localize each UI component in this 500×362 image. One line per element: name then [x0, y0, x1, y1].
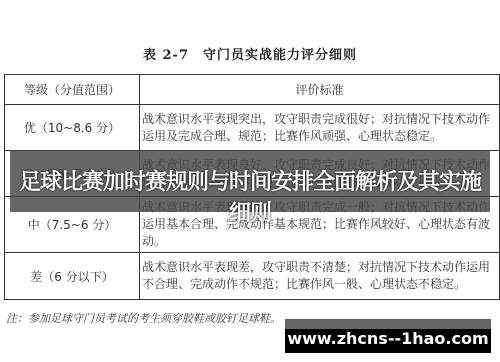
table-header-row: 等级（分值范围） 评价标准 [5, 75, 500, 105]
grade-cell: 差（6 分以下） [5, 253, 140, 300]
table-title: 表 2-7 守门员实战能力评分细则 [0, 44, 500, 63]
criteria-cell: 战术意识水平表现差，攻守职责不清楚；对抗情况下技术动作运用不合理、完成动作不规范… [140, 253, 500, 300]
table-row: 差（6 分以下） 战术意识水平表现差，攻守职责不清楚；对抗情况下技术动作运用不合… [5, 253, 500, 300]
watermark-text: www.zhcns--1hao.com [285, 329, 491, 349]
watermark-top-strip [285, 319, 491, 329]
grade-cell: 优（10~8.6 分） [5, 105, 140, 151]
criteria-cell: 战术意识水平表现突出，攻守职责完成很好；对抗情况下技术动作运用及完成合理、规范；… [140, 105, 500, 151]
table-row: 优（10~8.6 分） 战术意识水平表现突出，攻守职责完成很好；对抗情况下技术动… [5, 105, 500, 151]
table-note: 注：参加足球守门员考试的考生须穿胶鞋或胶钉足球鞋。 [6, 310, 281, 326]
overlay-banner-title: 足球比赛加时赛规则与时间安排全面解析及其实施细则 [10, 165, 490, 227]
watermark-box: www.zhcns--1hao.com [285, 319, 491, 353]
header-criteria: 评价标准 [140, 75, 500, 105]
header-grade: 等级（分值范围） [5, 75, 140, 105]
